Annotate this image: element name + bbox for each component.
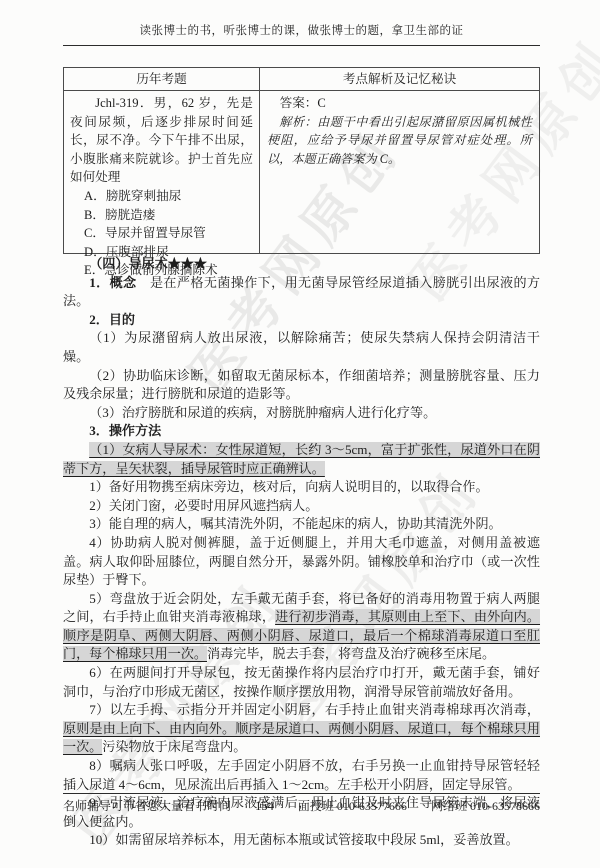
- header-rule: [63, 45, 540, 46]
- paragraph: 7）以左手拇、示指分开并固定小阴唇，右手持止血钳夹消毒棉球再次消毒，原则是由上向…: [63, 701, 540, 757]
- body-paragraphs: （四）导尿术★★★1．概念 是在严格无菌操作下，用无菌导尿管经尿道插入膀胱引出尿…: [63, 255, 540, 850]
- paragraph: 3．操作方法: [63, 422, 540, 441]
- text-run: 6）在两腿间打开导尿包，按无菌操作将内层治疗巾打开，戴无菌手套，铺好洞巾，与治疗…: [63, 665, 540, 699]
- answer-text: 答案：C: [267, 94, 532, 113]
- footer-promo: 名师辅导可节省您大量看书时间: [63, 797, 231, 814]
- text-run: 消毒完毕，脱去手套，将弯盘及治疗碗移至床尾。: [207, 646, 495, 661]
- text-run: （2）协助临床诊断，如留取无菌尿标本，作细菌培养；测量膀胱容量、压力及残余尿量；…: [63, 368, 540, 402]
- text-run: （1）为尿潴留病人放出尿液，以解除痛苦；使尿失禁病人保持会阴清洁干燥。: [63, 330, 540, 364]
- column-header-past-questions: 历年考题: [64, 68, 260, 90]
- paragraph: 1）备好用物携至病床旁边，核对后，向病人说明目的，以取得合作。: [63, 478, 540, 497]
- paragraph: （四）导尿术★★★: [63, 255, 540, 274]
- analysis-cell: 答案：C 解析：由题干中看出引起尿潴留原因属机械性梗阻，应给予导尿并留置导尿管对…: [260, 91, 539, 253]
- footer: 名师辅导可节省您大量看书时间 154 面授班 010-63577666 网络班 …: [63, 797, 540, 814]
- text-run: 1．概念: [89, 275, 136, 290]
- paragraph: 2．目的: [63, 311, 540, 330]
- text-run: 10）如需留尿培养标本，用无菌标本瓶或试管接取中段尿 5ml，妥善放置。: [89, 832, 519, 847]
- analysis-text: 解析：由题干中看出引起尿潴留原因属机械性梗阻，应给予导尿并留置导尿管对症处理。所…: [267, 113, 532, 169]
- paragraph: 3）能自理的病人，嘱其清洗外阴，不能起床的病人，协助其清洗外阴。: [63, 515, 540, 534]
- footer-contact-online: 网络班 010-63578666: [431, 797, 540, 814]
- option-item: A．膀胱穿刺抽尿: [70, 187, 253, 206]
- paragraph: 1．概念 是在严格无菌操作下，用无菌导尿管经尿道插入膀胱引出尿液的方法。: [63, 274, 540, 311]
- paragraph: 6）在两腿间打开导尿包，按无菌操作将内层治疗巾打开，戴无菌手套，铺好洞巾，与治疗…: [63, 664, 540, 701]
- text-run: 3）能自理的病人，嘱其清洗外阴，不能起床的病人，协助其清洗外阴。: [89, 516, 501, 531]
- paragraph: （1）为尿潴留病人放出尿液，以解除痛苦；使尿失禁病人保持会阴清洁干燥。: [63, 329, 540, 366]
- text-run: 4）协助病人脱对侧裤腿，盖于近侧腿上，并用大毛巾遮盖，对侧用盖被遮盖。病人取仰卧…: [63, 535, 540, 587]
- table-header-row: 历年考题 考点解析及记忆秘诀: [64, 68, 539, 91]
- column-header-analysis: 考点解析及记忆秘诀: [260, 68, 539, 90]
- text-run: 7）以左手拇、示指分开并固定小阴唇，右手持止血钳夹消毒棉球再次消毒，: [89, 702, 540, 717]
- footer-rule: [63, 793, 540, 794]
- text-run: （3）治疗膀胱和尿道的疾病，对膀胱肿瘤病人进行化疗等。: [89, 405, 436, 420]
- text-run: 2）关闭门窗，必要时用屏风遮挡病人。: [89, 498, 318, 513]
- paragraph: （2）协助临床诊断，如留取无菌尿标本，作细菌培养；测量膀胱容量、压力及残余尿量；…: [63, 367, 540, 404]
- footer-contact-face: 面授班 010-63577666: [298, 797, 407, 814]
- page-number: 154: [255, 799, 274, 814]
- paragraph: （3）治疗膀胱和尿道的疾病，对膀胱肿瘤病人进行化疗等。: [63, 404, 540, 423]
- option-item: C．导尿并留置导尿管: [70, 224, 253, 243]
- paragraph: 5）弯盘放于近会阴处，左手戴无菌手套，将已备好的消毒用物置于病人两腿之间，右手持…: [63, 590, 540, 664]
- paragraph: （1）女病人导尿术：女性尿道短，长约 3～5cm，富于扩张性，尿道外口在阴蒂下方…: [63, 441, 540, 478]
- paragraph: 8）嘱病人张口呼吸，左手固定小阴唇不放，右手另换一止血钳持导尿管轻轻插入尿道 4…: [63, 757, 540, 794]
- text-run: 8）嘱病人张口呼吸，左手固定小阴唇不放，右手另换一止血钳持导尿管轻轻插入尿道 4…: [63, 758, 540, 792]
- highlighted-key-point: （1）女病人导尿术：女性尿道短，长约 3～5cm，富于扩张性，尿道外口在阴蒂下方…: [63, 442, 540, 476]
- text-run: 1）备好用物携至病床旁边，核对后，向病人说明目的，以取得合作。: [89, 479, 488, 494]
- table-body-row: Jchl-319．男，62 岁，先是夜间尿频，后逐步排尿时间延长，尿不净。今下午…: [64, 91, 539, 253]
- page: 读张博士的书，听张博士的课，做张博士的题，拿卫生部的证 历年考题 考点解析及记忆…: [0, 0, 600, 868]
- header-motto: 读张博士的书，听张博士的课，做张博士的题，拿卫生部的证: [63, 22, 540, 38]
- question-cell: Jchl-319．男，62 岁，先是夜间尿频，后逐步排尿时间延长，尿不净。今下午…: [64, 91, 260, 253]
- text-run: 2．目的: [89, 312, 135, 327]
- text-run: （四）导尿术★★★: [89, 256, 207, 271]
- exam-question-table: 历年考题 考点解析及记忆秘诀 Jchl-319．男，62 岁，先是夜间尿频，后逐…: [63, 67, 540, 254]
- text-run: 污染物放于床尾弯盘内。: [102, 739, 246, 754]
- paragraph: 10）如需留尿培养标本，用无菌标本瓶或试管接取中段尿 5ml，妥善放置。: [63, 831, 540, 850]
- paragraph: 2）关闭门窗，必要时用屏风遮挡病人。: [63, 497, 540, 516]
- paragraph: 4）协助病人脱对侧裤腿，盖于近侧腿上，并用大毛巾遮盖，对侧用盖被遮盖。病人取仰卧…: [63, 534, 540, 590]
- text-run: 3．操作方法: [89, 423, 161, 438]
- option-item: B．膀胱造瘘: [70, 206, 253, 225]
- question-stem: Jchl-319．男，62 岁，先是夜间尿频，后逐步排尿时间延长，尿不净。今下午…: [70, 94, 253, 187]
